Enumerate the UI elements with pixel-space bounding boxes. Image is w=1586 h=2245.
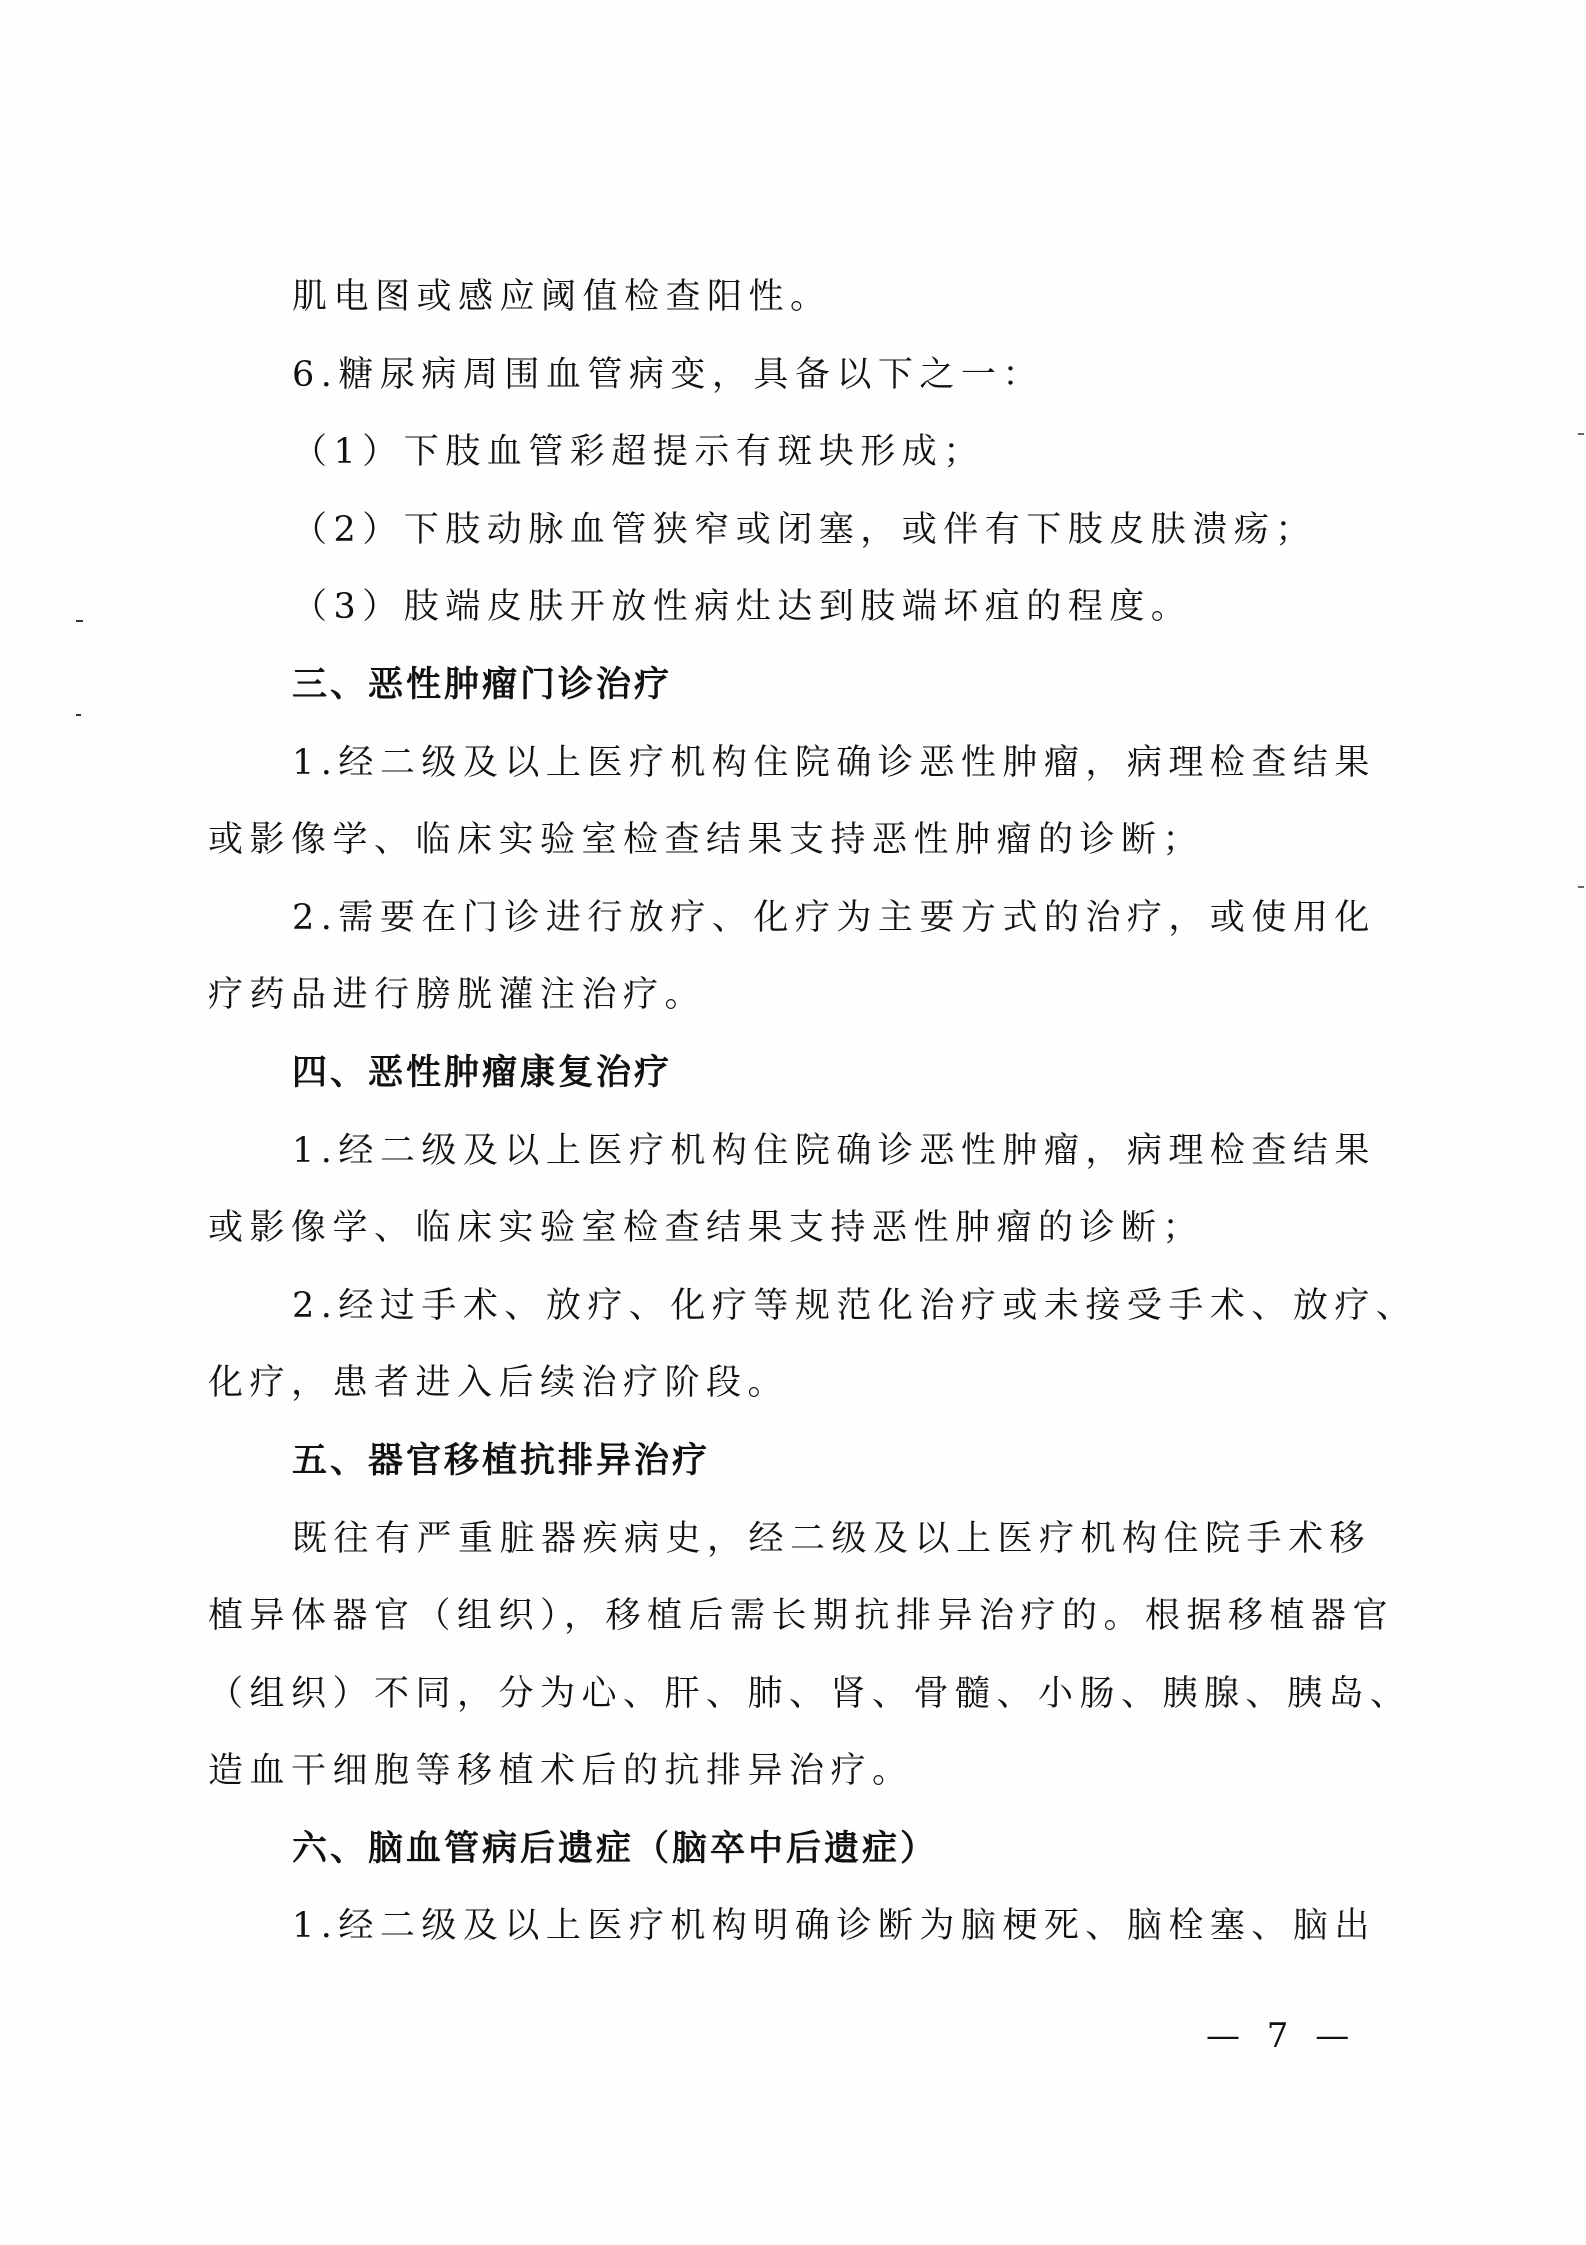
document-body: 肌电图或感应阈值检查阳性。 6.糖尿病周围血管病变，具备以下之一： （1）下肢血… (208, 272, 1380, 1979)
body-line: 1.经二级及以上医疗机构住院确诊恶性肿瘤，病理检查结果 (208, 738, 1380, 816)
scan-mark (1578, 886, 1584, 888)
body-line: 植异体器官（组织），移植后需长期抗排异治疗的。根据移植器官 (208, 1591, 1380, 1669)
body-line: 或影像学、临床实验室检查结果支持恶性肿瘤的诊断； (208, 1203, 1380, 1281)
section-heading-6: 六、脑血管病后遗症（脑卒中后遗症） (208, 1824, 1380, 1902)
list-item-6: 6.糖尿病周围血管病变，具备以下之一： (208, 350, 1380, 428)
document-page: 肌电图或感应阈值检查阳性。 6.糖尿病周围血管病变，具备以下之一： （1）下肢血… (0, 0, 1586, 2245)
scan-mark (76, 620, 83, 622)
body-line: 2.需要在门诊进行放疗、化疗为主要方式的治疗，或使用化 (208, 893, 1380, 971)
scan-mark (76, 714, 81, 716)
body-line: 既往有严重脏器疾病史，经二级及以上医疗机构住院手术移 (208, 1514, 1380, 1592)
body-line: 化疗，患者进入后续治疗阶段。 (208, 1358, 1380, 1436)
section-heading-3: 三、恶性肿瘤门诊治疗 (208, 660, 1380, 738)
sub-item-3: （3）肢端皮肤开放性病灶达到肢端坏疽的程度。 (208, 582, 1380, 660)
section-heading-4: 四、恶性肿瘤康复治疗 (208, 1048, 1380, 1126)
body-line: 1.经二级及以上医疗机构明确诊断为脑梗死、脑栓塞、脑出 (208, 1901, 1380, 1979)
body-line: 或影像学、临床实验室检查结果支持恶性肿瘤的诊断； (208, 815, 1380, 893)
scan-mark (1578, 433, 1584, 435)
page-number: — 7 — (1206, 2016, 1357, 2056)
body-line: 1.经二级及以上医疗机构住院确诊恶性肿瘤，病理检查结果 (208, 1126, 1380, 1204)
section-heading-5: 五、器官移植抗排异治疗 (208, 1436, 1380, 1514)
body-line: （组织）不同，分为心、肝、肺、肾、骨髓、小肠、胰腺、胰岛、 (208, 1669, 1380, 1747)
body-line: 肌电图或感应阈值检查阳性。 (208, 272, 1380, 350)
body-line: 造血干细胞等移植术后的抗排异治疗。 (208, 1746, 1380, 1824)
body-line: 疗药品进行膀胱灌注治疗。 (208, 970, 1380, 1048)
sub-item-2: （2）下肢动脉血管狭窄或闭塞，或伴有下肢皮肤溃疡； (208, 505, 1380, 583)
sub-item-1: （1）下肢血管彩超提示有斑块形成； (208, 427, 1380, 505)
body-line: 2.经过手术、放疗、化疗等规范化治疗或未接受手术、放疗、 (208, 1281, 1380, 1359)
